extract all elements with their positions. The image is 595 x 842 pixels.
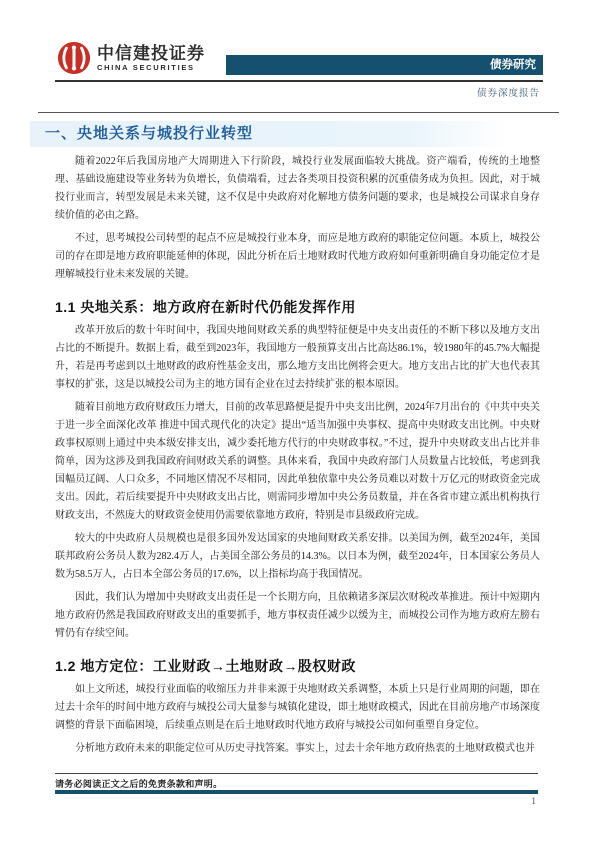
- paragraph: 因此，我们认为增加中央财政支出责任是一个长期方向，且依赖诸多深层次财税改革推进。…: [55, 589, 540, 643]
- section-heading-1-1: 1.1 央地关系：地方政府在新时代仍能发挥作用: [55, 297, 540, 317]
- document-body: 一、央地关系与城投行业转型 随着2022年后我国房地产大周期进入下行阶段，城投行…: [55, 121, 540, 758]
- footer-divider-thick: [55, 790, 538, 794]
- paragraph: 随着目前地方政府财政压力增大，目前的改革思路便是提升中央支出比例，2024年7月…: [55, 399, 540, 525]
- paragraph: 随着2022年后我国房地产大周期进入下行阶段，城投行业发展面临较大挑战。资产端看…: [55, 153, 540, 225]
- disclaimer-text: 请务必阅读正文之后的免责条款和声明。: [55, 777, 222, 790]
- paragraph: 如上文所述，城投行业面临的收缩压力并非来源于央地财政关系调整，本质上只是行业周期…: [55, 681, 540, 735]
- header-sub-divider: [38, 112, 559, 113]
- page-number: 1: [55, 797, 536, 807]
- category-badge: 债券研究: [226, 55, 543, 75]
- header-divider: [55, 80, 543, 82]
- paragraph: 分析地方政府未来的职能定位可从历史寻找答案。事实上，过去十余年地方政府热衷的土地…: [55, 740, 540, 758]
- report-type-label: 债券深度报告: [477, 85, 540, 99]
- brand-logo: 中信建投证券 CHINA SECURITIES: [57, 41, 205, 75]
- paragraph: 较大的中央政府人员规模也是很多国外发达国家的央地间财政关系安排。以美国为例，截至…: [55, 530, 540, 584]
- paragraph: 不过，思考城投公司转型的起点不应是城投行业本身，而应是地方政府的职能定位问题。本…: [55, 230, 540, 284]
- chapter-heading: 一、央地关系与城投行业转型: [30, 121, 508, 147]
- report-page: 中信建投证券 CHINA SECURITIES 债券研究 债券深度报告 一、央地…: [0, 0, 595, 842]
- section-heading-1-2: 1.2 地方定位：工业财政→土地财政→股权财政: [55, 656, 540, 676]
- footer-divider-thin: [55, 773, 538, 774]
- brand-name-cn: 中信建投证券: [97, 44, 205, 63]
- paragraph: 改革开放后的数十年时间中，我国央地间财政关系的典型特征便是中央支出责任的不断下移…: [55, 322, 540, 394]
- csc-logo-icon: [57, 41, 91, 75]
- brand-name-en: CHINA SECURITIES: [97, 63, 205, 72]
- brand-name: 中信建投证券 CHINA SECURITIES: [97, 44, 205, 72]
